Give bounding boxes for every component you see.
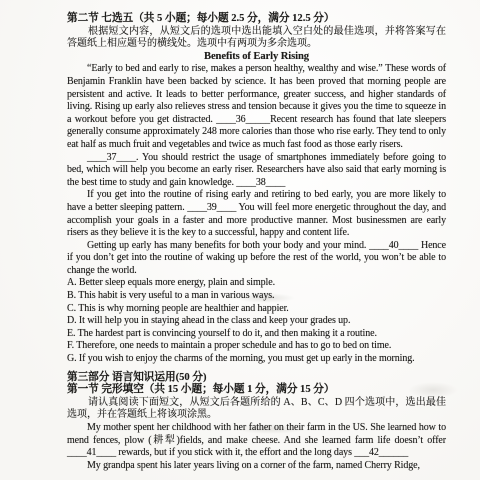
option-list: A. Better sleep equals more energy, plai… bbox=[67, 277, 446, 365]
option-line-b: B. This habit is very useful to a man in… bbox=[67, 290, 446, 303]
option-line-g: G. If you wish to enjoy the charms of th… bbox=[67, 353, 446, 366]
option-line-f: F. Therefore, one needs to maintain a pr… bbox=[67, 340, 446, 353]
option-line-d: D. It will help you in staying ahead in … bbox=[67, 315, 446, 328]
scanned-exam-page: 第二节 七选五（共 5 小题；每小题 2.5 分，满分 12.5 分） 根据短文… bbox=[0, 0, 480, 480]
section-two-instructions: 根据短文内容，从短文后的选项中选出能填入空白处的最佳选项，并将答案写在答题纸上相… bbox=[67, 26, 446, 51]
page-content: 第二节 七选五（共 5 小题；每小题 2.5 分，满分 12.5 分） 根据短文… bbox=[67, 13, 446, 472]
passage-paragraph: “Early to bed and early to rise, makes a… bbox=[67, 63, 446, 151]
section-three-instructions: 请认真阅读下面短文，从短文后各题所给的 A、B、C、D 四个选项中，选出最佳选项… bbox=[67, 397, 446, 422]
option-line-c: C. This is why morning people are health… bbox=[67, 303, 446, 316]
section-three-part-heading: 第三部分 语言知识运用(50 分) bbox=[67, 372, 446, 385]
passage-paragraph: Getting up early has many benefits for b… bbox=[67, 240, 446, 278]
section-three-heading: 第一节 完形填空（共 15 小题；每小题 1 分，满分 15 分） bbox=[67, 384, 446, 397]
passage-paragraph: ____37____. You should restrict the usag… bbox=[67, 152, 446, 190]
passage-title: Benefits of Early Rising bbox=[67, 51, 446, 64]
option-line-a: A. Better sleep equals more energy, plai… bbox=[67, 277, 446, 290]
cloze-paragraph: My mother spent her childhood with her f… bbox=[67, 422, 446, 460]
passage-paragraph: If you get into the routine of rising ea… bbox=[67, 189, 446, 239]
option-line-e: E. The hardest part is convincing yourse… bbox=[67, 328, 446, 341]
section-two-heading: 第二节 七选五（共 5 小题；每小题 2.5 分，满分 12.5 分） bbox=[67, 13, 446, 26]
cloze-paragraph: My grandpa spent his later years living … bbox=[67, 460, 446, 473]
